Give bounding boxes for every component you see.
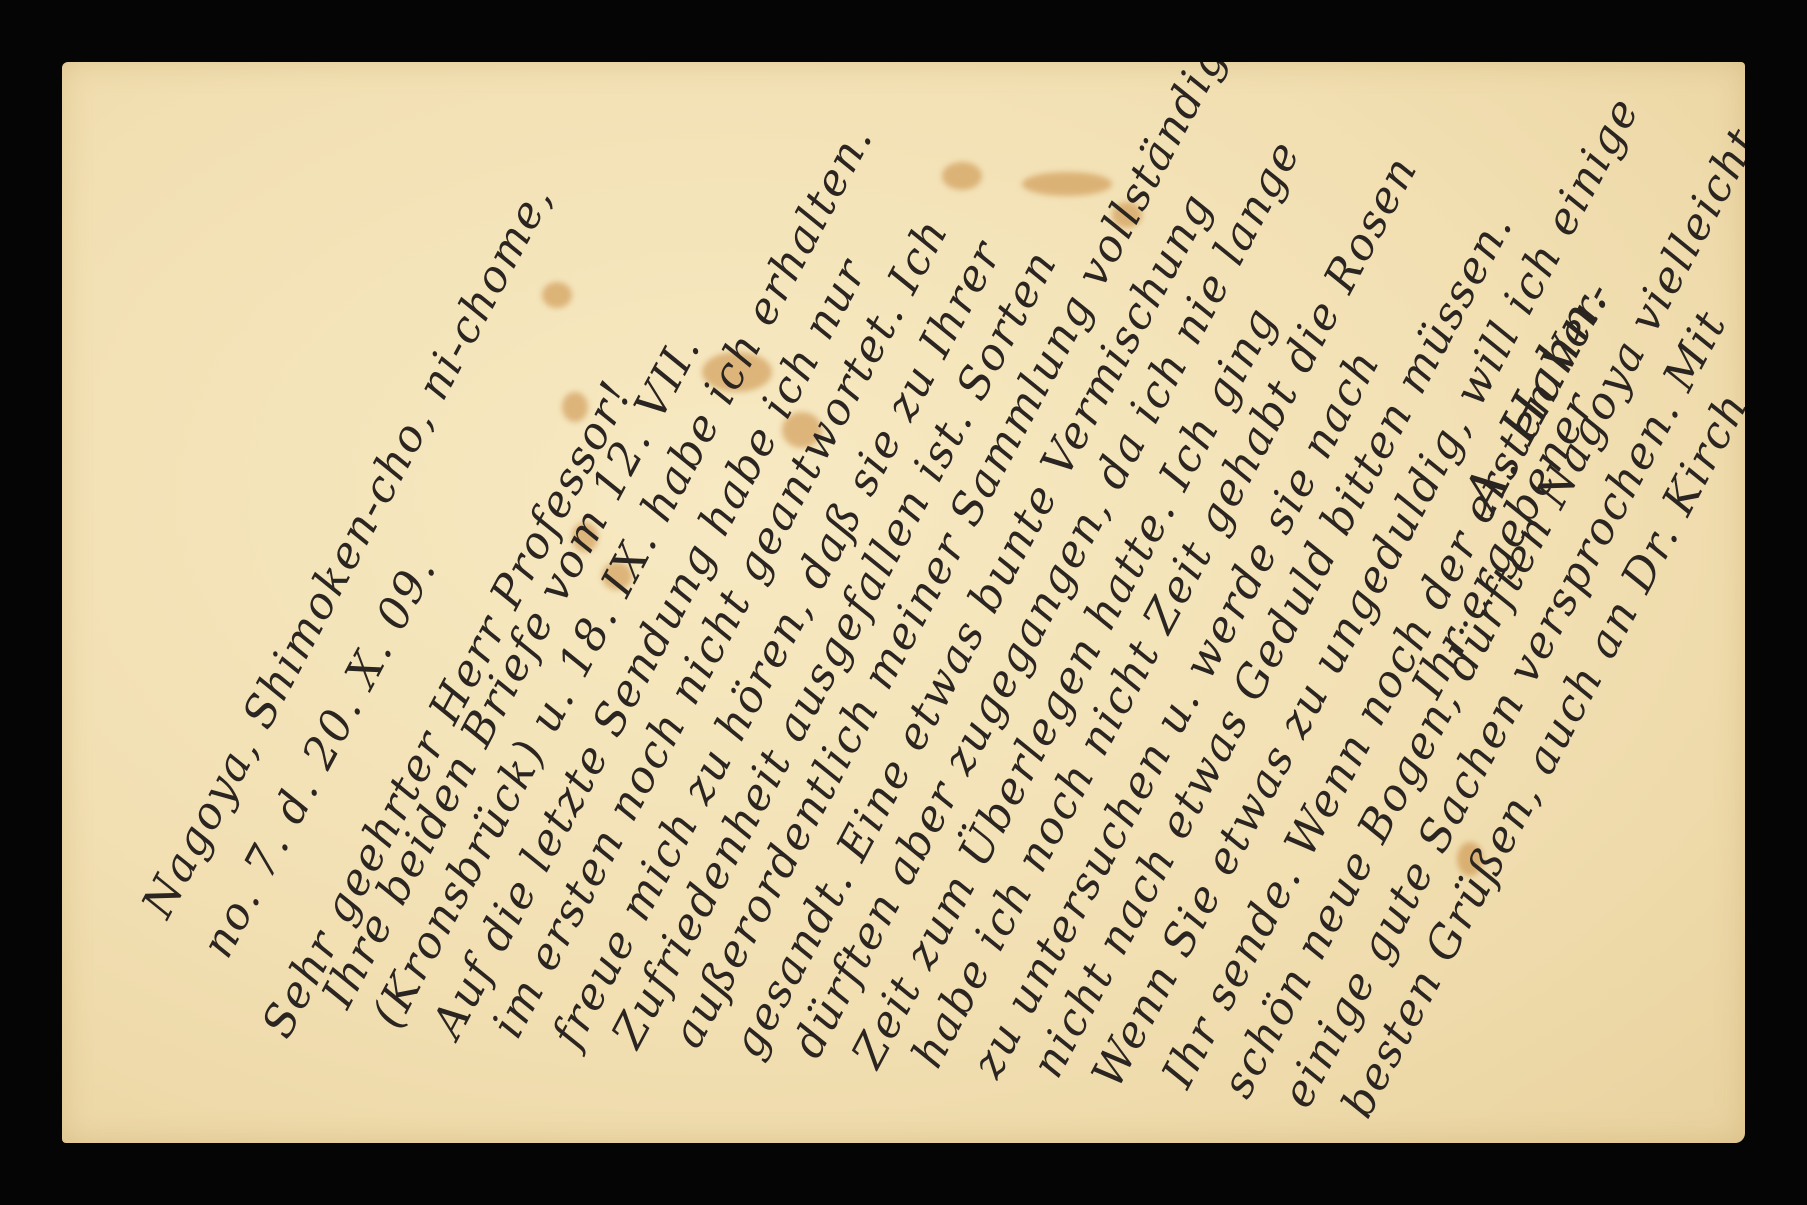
stain <box>542 282 572 308</box>
stain <box>1022 172 1112 196</box>
stain <box>942 162 982 190</box>
postcard: Nagoya, Shimoken-cho, ni-chome, no. 7. d… <box>62 62 1745 1143</box>
